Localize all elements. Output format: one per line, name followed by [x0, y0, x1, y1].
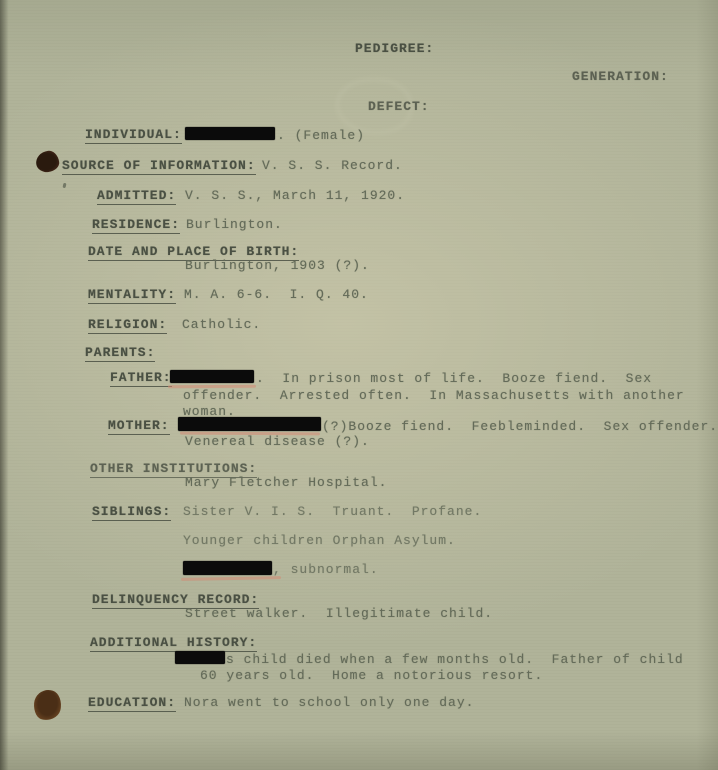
siblings-line3-suffix: , subnormal.: [273, 563, 379, 578]
additional-history-line1: s child died when a few months old. Fath…: [226, 653, 684, 668]
stray-pen-mark: [63, 183, 67, 189]
father-label: FATHER:: [110, 371, 172, 387]
residence-label: RESIDENCE:: [92, 218, 180, 234]
siblings-label: SIBLINGS:: [92, 505, 171, 521]
defect-heading: DEFECT:: [368, 100, 430, 115]
additional-history-line2: 60 years old. Home a notorious resort.: [200, 669, 543, 684]
generation-heading: GENERATION:: [572, 70, 669, 85]
residence-value: Burlington.: [186, 218, 283, 233]
religion-label: RELIGION:: [88, 318, 167, 334]
ink-blot-bottom: [33, 689, 63, 721]
parents-label: PARENTS:: [85, 346, 155, 362]
siblings-line2: Younger children Orphan Asylum.: [183, 534, 456, 549]
father-line2: offender. Arrested often. In Massachuset…: [183, 389, 685, 404]
admitted-label: ADMITTED:: [97, 189, 176, 205]
mother-line1: (?)Booze fiend. Feebleminded. Sex offend…: [322, 420, 718, 435]
siblings-line1: Sister V. I. S. Truant. Profane.: [183, 505, 482, 520]
pedigree-heading: PEDIGREE:: [355, 42, 434, 57]
redaction-box-sibling-name: [183, 561, 272, 575]
religion-value: Catholic.: [182, 318, 261, 333]
red-pencil-underline-sibling: [181, 576, 281, 581]
scanned-document-page: PEDIGREE: GENERATION: DEFECT: INDIVIDUAL…: [0, 0, 718, 770]
birth-value: Burlington, 1903 (?).: [185, 259, 370, 274]
mother-line2: Venereal disease (?).: [185, 435, 370, 450]
education-label: EDUCATION:: [88, 696, 176, 712]
redaction-box-additional-name: [175, 651, 225, 664]
redaction-box-father-name: [170, 370, 254, 383]
redaction-box-mother-name: [178, 417, 321, 431]
source-value: V. S. S. Record.: [262, 159, 403, 174]
other-institutions-value: Mary Fletcher Hospital.: [185, 476, 387, 491]
additional-history-label: ADDITIONAL HISTORY:: [90, 636, 257, 652]
mentality-label: MENTALITY:: [88, 288, 176, 304]
education-value: Nora went to school only one day.: [184, 696, 474, 711]
source-label: SOURCE OF INFORMATION:: [62, 159, 256, 175]
mother-label: MOTHER:: [108, 419, 170, 435]
ink-blot-top: [35, 150, 61, 174]
individual-suffix: . (Female): [277, 129, 365, 144]
redaction-box-individual-name: [185, 127, 275, 140]
mentality-value: M. A. 6-6. I. Q. 40.: [184, 288, 369, 303]
admitted-value: V. S. S., March 11, 1920.: [185, 189, 405, 204]
father-line1: . In prison most of life. Booze fiend. S…: [256, 372, 652, 387]
delinquency-value: Street walker. Illegitimate child.: [185, 607, 493, 622]
individual-label: INDIVIDUAL:: [85, 128, 182, 144]
